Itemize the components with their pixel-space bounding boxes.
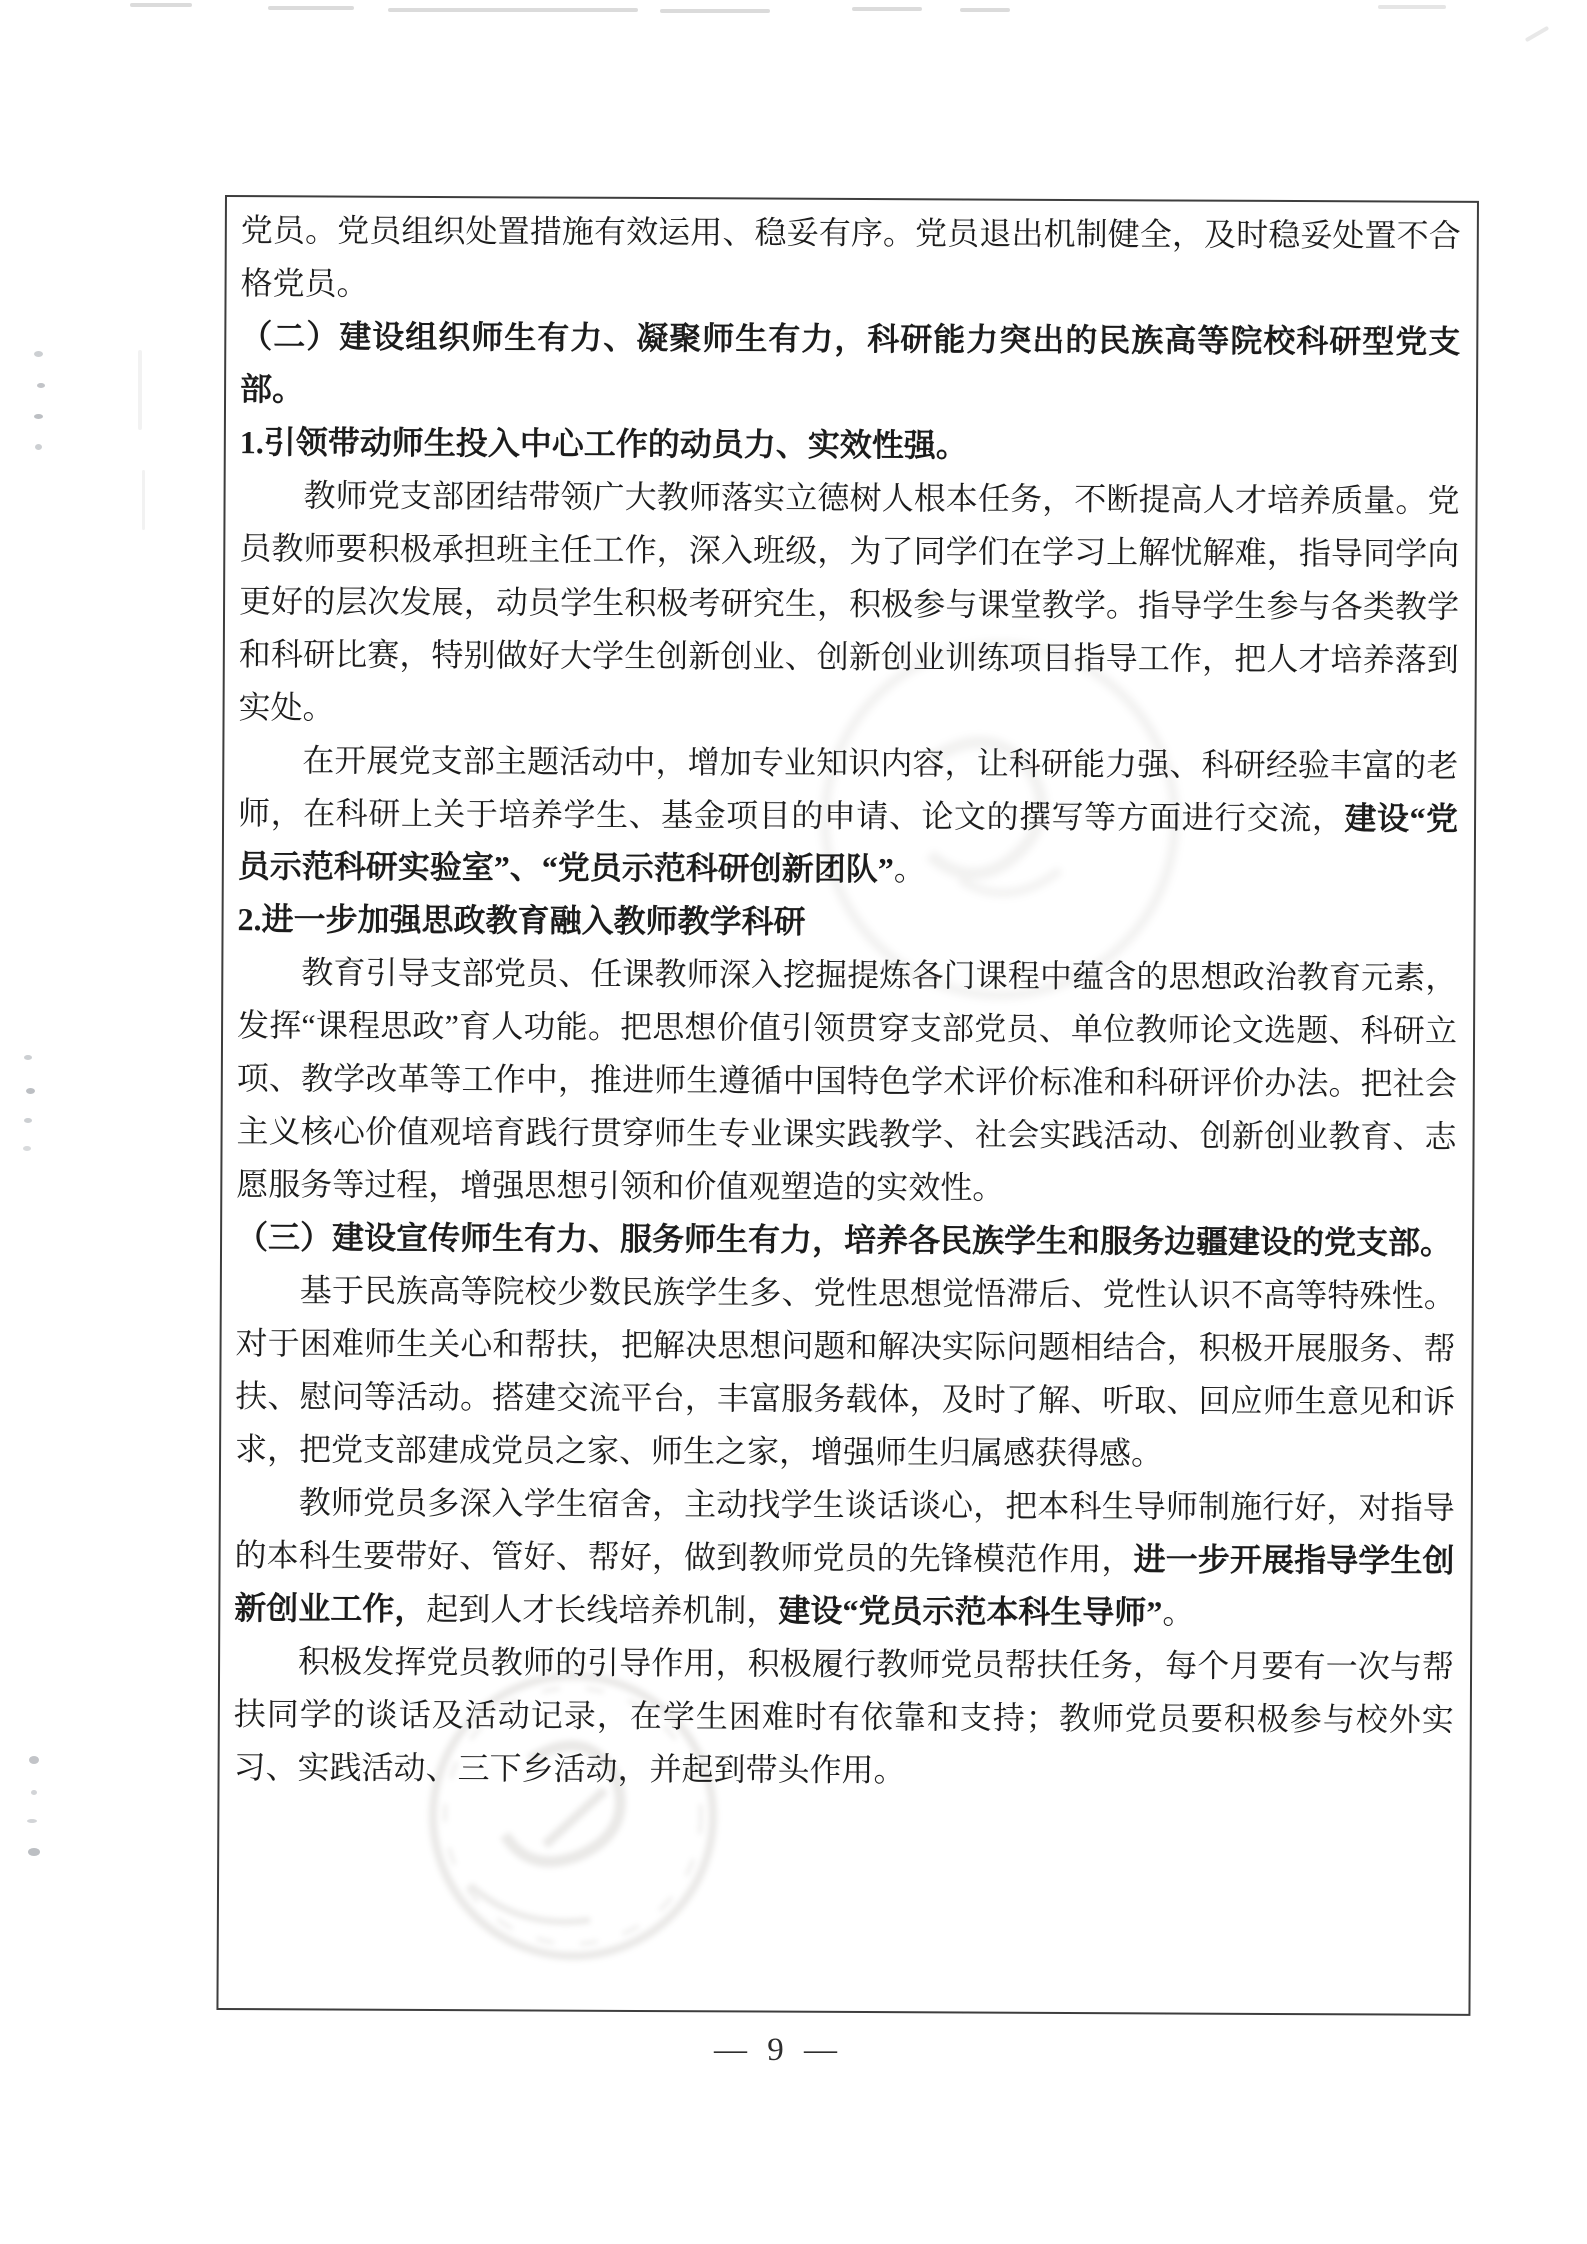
bold-text-run: 1.引领带动师生投入中心工作的动员力、实效性强。 [240,424,968,463]
text-run: 党员。党员组织处置措施有效运用、稳妥有序。党员退出机制健全，及时稳妥处置不合格党… [241,212,1461,302]
scan-artifact [142,470,145,530]
scan-speck [28,1848,40,1856]
scan-artifact [130,3,192,7]
paragraph: 党员。党员组织处置措施有效运用、稳妥有序。党员退出机制健全，及时稳妥处置不合格党… [240,204,1460,316]
text-run: 教育引导支部党员、任课教师深入挖掘提炼各门课程中蕴含的思想政治教育元素，发挥“课… [236,954,1457,1205]
text-run: 。 [1162,1594,1194,1630]
scan-speck [23,1146,31,1151]
scan-artifact [852,7,922,11]
paragraph: 基于民族高等院校少数民族学生多、党性思想觉悟滞后、党性认识不高等特殊性。对于困难… [235,1264,1456,1482]
scan-artifact [138,350,142,430]
scan-artifact [1378,5,1446,9]
bold-text-run: 2.进一步加强思政教育融入教师教学科研 [238,901,806,940]
bold-text-run: （二）建设组织师生有力、凝聚师生有力，科研能力突出的民族高等院校科研型党支部。 [240,318,1460,407]
scan-artifact [660,9,770,13]
scan-speck [24,1055,32,1060]
scan-speck [27,1819,37,1823]
text-run: 。 [894,851,926,887]
scan-artifact [268,6,354,10]
scan-artifact [1525,26,1550,42]
scan-artifact [960,8,1010,12]
paragraph: 教育引导支部党员、任课教师深入挖掘提炼各门课程中蕴含的思想政治教育元素，发挥“课… [236,946,1457,1217]
scan-speck [34,351,43,357]
scan-speck [34,414,43,419]
scan-speck [29,1756,39,1764]
paragraph: 教师党员多深入学生宿舍，主动找学生谈话谈心，把本科生导师制施行好，对指导的本科生… [234,1476,1455,1641]
scan-speck [35,444,42,450]
text-run: 积极发挥党员教师的引导作用，积极履行教师党员帮扶任务，每个月要有一次与帮扶同学的… [234,1643,1455,1788]
text-run: 起到人才长线培养机制， [426,1591,778,1629]
scan-speck [26,1088,35,1094]
paragraph: 教师党支部团结带领广大教师落实立德树人根本任务，不断提高人才培养质量。党员教师要… [238,469,1459,740]
section-heading: 1.引领带动师生投入中心工作的动员力、实效性强。 [240,416,1460,475]
document-border-box: 党员。党员组织处置措施有效运用、稳妥有序。党员退出机制健全，及时稳妥处置不合格党… [216,195,1479,2016]
scan-speck [24,1118,32,1123]
scan-speck [31,1790,37,1795]
scan-speck [37,383,45,388]
paragraph: 在开展党支部主题活动中，增加专业知识内容，让科研能力强、科研经验丰富的老师，在科… [238,734,1459,899]
text-run: 基于民族高等院校少数民族学生多、党性思想觉悟滞后、党性认识不高等特殊性。对于困难… [235,1272,1456,1471]
bold-text-run: 建设“党员示范本科生导师” [778,1593,1162,1631]
paragraph: 积极发挥党员教师的引导作用，积极履行教师党员帮扶任务，每个月要有一次与帮扶同学的… [233,1635,1454,1800]
text-run: 在开展党支部主题活动中，增加专业知识内容，让科研能力强、科研经验丰富的老师，在科… [238,742,1458,836]
document-body: 党员。党员组织处置措施有效运用、稳妥有序。党员退出机制健全，及时稳妥处置不合格党… [233,204,1460,1800]
page-number: — 9 — [0,2032,1557,2069]
section-heading: （二）建设组织师生有力、凝聚师生有力，科研能力突出的民族高等院校科研型党支部。 [240,310,1460,422]
section-heading: （三）建设宣传师生有力、服务师生有力，培养各民族学生和服务边疆建设的党支部。 [236,1211,1456,1270]
scanned-document-page: 党员。党员组织处置措施有效运用、稳妥有序。党员退出机制健全，及时稳妥处置不合格党… [0,0,1587,2244]
bold-text-run: （三）建设宣传师生有力、服务师生有力，培养各民族学生和服务边疆建设的党支部。 [236,1219,1452,1261]
section-heading: 2.进一步加强思政教育融入教师教学科研 [237,893,1457,952]
text-run: 教师党支部团结带领广大教师落实立德树人根本任务，不断提高人才培养质量。党员教师要… [239,477,1460,725]
scan-artifact [388,8,638,12]
